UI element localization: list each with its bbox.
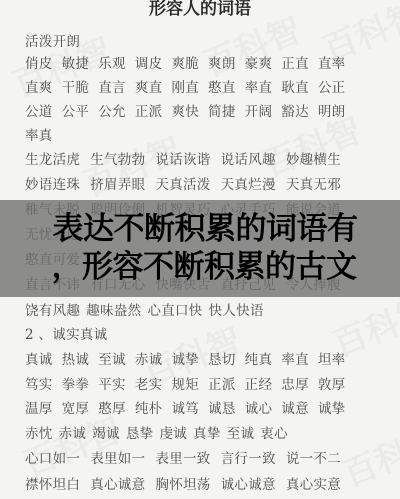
idiom: 天真活泼 <box>155 176 210 194</box>
word: 至诚 <box>227 425 255 443</box>
word: 敦厚 <box>318 376 346 394</box>
idiom: 快人快语 <box>209 302 264 320</box>
idiom-row: 生龙活虎生气勃勃说话诙谐说话风趣妙趣横生 <box>25 151 351 169</box>
idiom: 妙趣横生 <box>286 151 341 169</box>
word: 刚直 <box>171 79 199 97</box>
word: 笃实 <box>25 376 53 394</box>
word: 豁达 <box>281 103 309 121</box>
idiom: 妙语连珠 <box>25 176 80 194</box>
headline-line-2: ，形容不断积累的古文 <box>0 248 400 286</box>
word: 敏捷 <box>62 55 90 73</box>
word: 诚笃 <box>171 400 199 418</box>
word: 至诚 <box>98 351 126 369</box>
word: 爽直 <box>135 79 163 97</box>
word: 调皮 <box>135 55 163 73</box>
word: 开阔 <box>245 103 273 121</box>
idiom: 言行一致 <box>221 450 276 468</box>
word: 诚挚 <box>171 351 199 369</box>
word: 恳切 <box>208 351 236 369</box>
idiom: 心口如一 <box>25 450 80 468</box>
word: 规矩 <box>171 376 199 394</box>
idiom: 说一不二 <box>286 450 341 468</box>
word-row: 公道公平公允正派爽快简捷开阔豁达明朗 <box>25 103 354 121</box>
word-row: 率真 <box>25 127 62 145</box>
word: 正经 <box>245 376 273 394</box>
word: 爽脆 <box>171 55 199 73</box>
word: 虔诚 <box>159 425 187 443</box>
idiom: 挤眉弄眼 <box>90 176 145 194</box>
idiom: 说话风趣 <box>221 151 276 169</box>
idiom-row: 襟怀坦白真心诚意胸怀坦荡诚心诚意真心实意 <box>25 476 351 494</box>
idiom: 生龙活虎 <box>25 151 80 169</box>
word: 直率 <box>318 55 346 73</box>
idiom-row: 妙语连珠挤眉弄眼天真活泼天真烂漫天真无邪 <box>25 176 351 194</box>
word: 正派 <box>208 376 236 394</box>
word: 竭诚 <box>92 425 120 443</box>
word: 诚意 <box>281 400 309 418</box>
word: 豪爽 <box>245 55 273 73</box>
word: 拳拳 <box>62 376 90 394</box>
idiom: 天真无邪 <box>286 176 341 194</box>
word: 赤诚 <box>135 351 163 369</box>
headline-line-1: 表达不断积累的词语有 <box>0 210 400 248</box>
word: 赤诚 <box>59 425 87 443</box>
word: 纯真 <box>245 351 273 369</box>
idiom: 心直口快 <box>147 302 202 320</box>
word: 坦率 <box>318 351 346 369</box>
idiom: 天真烂漫 <box>221 176 276 194</box>
idiom-row: 心口如一表里如一表里一致言行一致说一不二 <box>25 450 351 468</box>
word: 简捷 <box>208 103 236 121</box>
word-row: 直爽干脆直言爽直刚直憨直率直耿直公正 <box>25 79 354 97</box>
word: 诚心 <box>245 400 273 418</box>
idiom: 诚心诚意 <box>221 476 276 494</box>
word: 热诚 <box>62 351 90 369</box>
idiom: 趣味盎然 <box>86 302 141 320</box>
document-page: 百科智 百科智 百科智 百科智 百科智 百科智 百科智 百科智 百科智 形容人的… <box>0 0 400 499</box>
word: 平实 <box>98 376 126 394</box>
word: 衷心 <box>260 425 288 443</box>
word: 憨直 <box>208 79 236 97</box>
word: 率直 <box>281 351 309 369</box>
section-heading: 活泼开朗 <box>25 33 80 51</box>
word: 率直 <box>245 79 273 97</box>
word: 赤忱 <box>25 425 53 443</box>
idiom: 生气勃勃 <box>90 151 145 169</box>
page-title: 形容人的词语 <box>0 0 400 19</box>
idiom: 表里如一 <box>90 450 145 468</box>
section-heading: 2 、诚实真诚 <box>25 326 107 344</box>
word-row: 赤忱赤诚竭诚恳挚虔诚真挚至诚衷心 <box>25 425 294 443</box>
idiom-row: 饶有风趣趣味盎然心直口快快人快语 <box>25 302 270 320</box>
headline: 表达不断积累的词语有 ，形容不断积累的古文 <box>0 210 400 286</box>
word: 公允 <box>98 103 126 121</box>
word: 乐观 <box>98 55 126 73</box>
word: 老实 <box>135 376 163 394</box>
word: 憨厚 <box>98 400 126 418</box>
word: 纯朴 <box>135 400 163 418</box>
word: 诚恳 <box>208 400 236 418</box>
word: 俏皮 <box>25 55 53 73</box>
word: 真挚 <box>193 425 221 443</box>
idiom: 胸怀坦荡 <box>155 476 210 494</box>
word: 公正 <box>318 79 346 97</box>
word: 公平 <box>62 103 90 121</box>
word: 正直 <box>281 55 309 73</box>
idiom: 襟怀坦白 <box>25 476 80 494</box>
word-row: 真诚热诚至诚赤诚诚挚恳切纯真率直坦率 <box>25 351 354 369</box>
word: 温厚 <box>25 400 53 418</box>
idiom: 说话诙谐 <box>155 151 210 169</box>
word: 宽厚 <box>62 400 90 418</box>
word: 明朗 <box>318 103 346 121</box>
idiom: 真心诚意 <box>90 476 145 494</box>
word: 爽朗 <box>208 55 236 73</box>
idiom: 饶有风趣 <box>25 302 80 320</box>
word-row: 笃实拳拳平实老实规矩正派正经忠厚敦厚 <box>25 376 354 394</box>
word-row: 温厚宽厚憨厚纯朴诚笃诚恳诚心诚意诚挚 <box>25 400 354 418</box>
word: 耿直 <box>281 79 309 97</box>
word: 直爽 <box>25 79 53 97</box>
word: 真诚 <box>25 351 53 369</box>
word-row: 俏皮敏捷乐观调皮爽脆爽朗豪爽正直直率 <box>25 55 354 73</box>
word: 诚挚 <box>318 400 346 418</box>
word: 正派 <box>135 103 163 121</box>
idiom: 真心实意 <box>286 476 341 494</box>
word: 公道 <box>25 103 53 121</box>
word: 率真 <box>25 127 53 145</box>
word: 忠厚 <box>281 376 309 394</box>
word: 直言 <box>98 79 126 97</box>
word: 爽快 <box>171 103 199 121</box>
word: 干脆 <box>62 79 90 97</box>
idiom: 表里一致 <box>155 450 210 468</box>
word: 恳挚 <box>126 425 154 443</box>
